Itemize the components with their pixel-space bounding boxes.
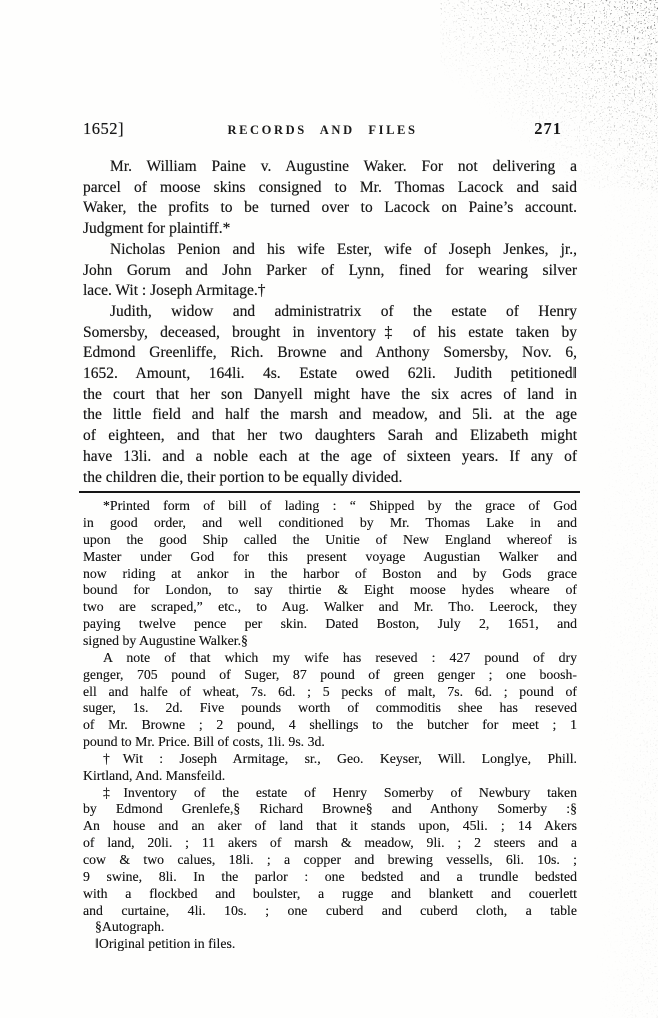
text-line: Kirtland, And. Mansfeild.	[83, 768, 577, 785]
text-line: genger, 705 pound of Suger, 87 pound of …	[83, 667, 577, 684]
text-line: 9 swine, 8li. In the parlor : one bedste…	[83, 869, 577, 886]
text-line: pound to Mr. Price. Bill of costs, 1li. …	[83, 734, 577, 751]
footnote-3: ‡Inventory of the estate of Henry Somerb…	[83, 785, 577, 920]
text-line: Nicholas Penion and his wife Ester, wife…	[83, 240, 577, 261]
text-line: upon the good Ship called the Unitie of …	[83, 532, 577, 549]
text-line: §Autograph.	[83, 919, 577, 936]
main-text-block: Mr. William Paine v. Augustine Waker. Fo…	[83, 157, 577, 488]
text-line: of eighteen, and that her two daughters …	[83, 426, 577, 447]
footnote-0: *Printed form of bill of lading : “ Ship…	[83, 498, 577, 650]
footnote-1: A note of that which my wife has reseved…	[83, 650, 577, 751]
text-line: parcel of moose skins consigned to Mr. T…	[83, 178, 577, 199]
paragraph-1: Nicholas Penion and his wife Ester, wife…	[83, 240, 577, 302]
footnote-5: ‖Original petition in files.	[83, 936, 577, 953]
text-line: the little field and half the marsh and …	[83, 405, 577, 426]
footnote-2: †Wit : Joseph Armitage, sr., Geo. Keyser…	[83, 751, 577, 785]
text-line: John Gorum and John Parker of Lynn, fine…	[83, 261, 577, 282]
running-title: RECORDS AND FILES	[227, 123, 417, 138]
text-line: Master under God for this present voyage…	[83, 549, 577, 566]
text-line: Judith, widow and administratrix of the …	[83, 302, 577, 323]
text-line: and curtaine, 4li. 10s. ; one cuberd and…	[83, 903, 577, 920]
text-line: in good order, and well conditioned by M…	[83, 515, 577, 532]
text-line: ‖Original petition in files.	[83, 936, 577, 953]
text-line: Somersby, deceased, brought in inventory…	[83, 323, 577, 344]
footnotes-block: *Printed form of bill of lading : “ Ship…	[83, 498, 577, 953]
page-content: 1652] RECORDS AND FILES 271 Mr. William …	[0, 0, 658, 953]
text-line: Edmond Greenliffe, Rich. Browne and Anth…	[83, 343, 577, 364]
text-line: by Edmond Grenlefe,§ Richard Browne§ and…	[83, 801, 577, 818]
text-line: lace. Wit : Joseph Armitage.†	[83, 281, 577, 302]
text-line: A note of that which my wife has reseved…	[83, 650, 577, 667]
text-line: of Mr. Browne ; 2 pound, 4 shellings to …	[83, 717, 577, 734]
text-line: cow & two calues, 18li. ; a copper and b…	[83, 852, 577, 869]
text-line: †Wit : Joseph Armitage, sr., Geo. Keyser…	[83, 751, 577, 768]
text-line: Mr. William Paine v. Augustine Waker. Fo…	[83, 157, 577, 178]
text-line: 1652. Amount, 164li. 4s. Estate owed 62l…	[83, 364, 577, 385]
text-line: of land, 20li. ; 11 akers of marsh & mea…	[83, 835, 577, 852]
page-header: 1652] RECORDS AND FILES 271	[83, 119, 577, 140]
footnote-separator-rule	[79, 491, 580, 493]
text-line: the court that her son Danyell might hav…	[83, 385, 577, 406]
text-line: ‡Inventory of the estate of Henry Somerb…	[83, 785, 577, 802]
text-line: bound for London, to say thirtie & Eight…	[83, 582, 577, 599]
text-line: *Printed form of bill of lading : “ Ship…	[83, 498, 577, 515]
text-line: Judgment for plaintiff.*	[83, 219, 577, 240]
text-line: now riding at ankor in the harbor of Bos…	[83, 566, 577, 583]
paragraph-0: Mr. William Paine v. Augustine Waker. Fo…	[83, 157, 577, 240]
text-line: two are scraped,” etc., to Aug. Walker a…	[83, 599, 577, 616]
text-line: have 13li. and a noble each at the age o…	[83, 447, 577, 468]
text-line: paying twelve pence per skin. Dated Bost…	[83, 616, 577, 633]
page-number: 271	[418, 119, 577, 139]
text-line: the children die, their portion to be eq…	[83, 468, 577, 489]
book-page: 1652] RECORDS AND FILES 271 Mr. William …	[0, 0, 658, 1018]
text-line: An house and an aker of land that it sta…	[83, 818, 577, 835]
text-line: ell and halfe of wheat, 7s. 6d. ; 5 peck…	[83, 684, 577, 701]
header-year-label: 1652]	[83, 119, 227, 139]
text-line: with a flockbed and boulster, a rugge an…	[83, 886, 577, 903]
text-line: suger, 1s. 2d. Five pounds worth of comm…	[83, 700, 577, 717]
text-line: Waker, the profits to be turned over to …	[83, 198, 577, 219]
footnote-4: §Autograph.	[83, 919, 577, 936]
paragraph-2: Judith, widow and administratrix of the …	[83, 302, 577, 488]
text-line: signed by Augustine Walker.§	[83, 633, 577, 650]
